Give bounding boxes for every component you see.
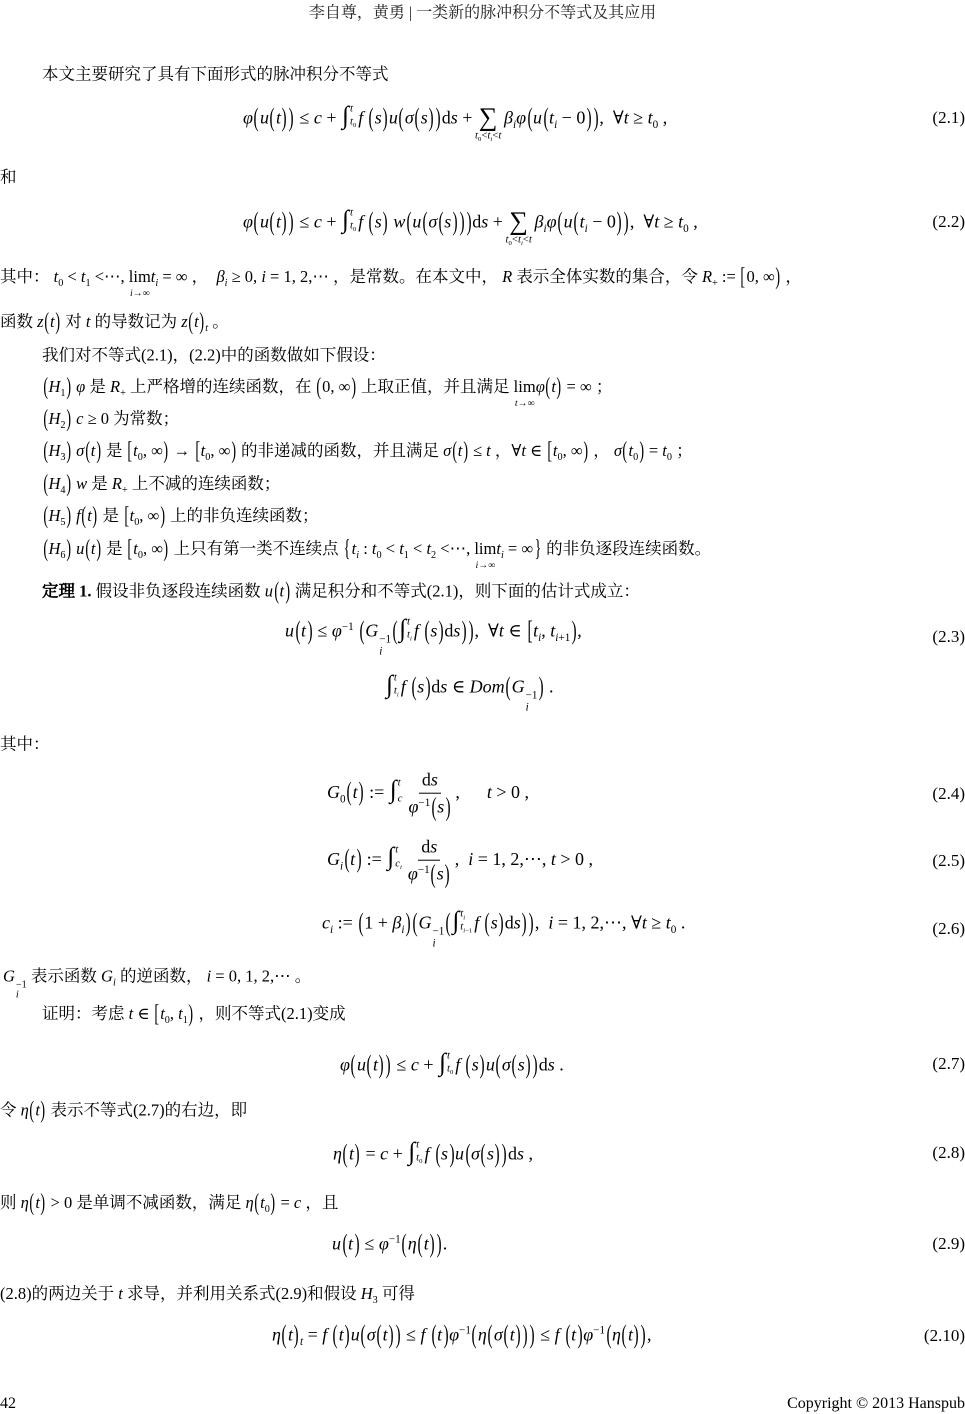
equation-number: (2.1) [932,106,965,130]
math-delimiter: ) [160,498,165,534]
math-delimiter: ( [424,612,429,651]
math-delimiter: { [344,531,351,567]
text-run: = [276,1193,294,1212]
subscript: 1 [183,1015,188,1026]
text-run [560,1325,565,1345]
math-variable: s [437,796,444,816]
equation-number: (2.2) [932,210,965,234]
math-variable: u [265,582,273,601]
math-variable: R [112,474,122,493]
math-delimiter: [ [155,996,160,1032]
math-variable: t [288,1325,293,1345]
text-run: (2.8)的两边关于 [0,1284,118,1303]
math-variable: t [194,312,199,331]
text-run: 上取正值，并且满足 [357,377,514,396]
integral-sign: ∫ [386,672,393,700]
text-run: . [443,1234,448,1254]
text-run: : [359,539,372,558]
text-run: ∈ [133,1004,153,1023]
sub-superscript: −1i [526,691,538,714]
text-run: −1 [526,690,538,702]
text-run: − 0 [557,108,585,128]
math-variable: s [441,1144,448,1164]
text-run: −1 [459,1325,471,1337]
math-variable: φ [243,212,253,232]
math-variable: s [453,621,460,641]
text-run: ，∀ [491,441,522,460]
proof-start: 证明：考虑 t ∈ [t0, t1) ，则不等式(2.1)变成 [42,1002,346,1028]
math-variable: i [526,702,529,714]
math-variable: i [397,692,399,699]
lower-limit: t0 [350,117,356,130]
derivative-notation-paragraph: 函数 z(t) 对 t 的导数记为 z(t)t 。 [0,310,229,336]
math-variable: s [518,1055,525,1075]
math-variable: t [350,207,353,219]
math-variable: σ [367,1325,376,1345]
text-run: 满足积分和不等式(2.1)，则下面的估计式成立： [291,582,640,601]
math-variable: t [339,1325,344,1345]
text-run: = ∞ ； [562,377,612,396]
math-variable: σ [443,441,451,460]
text-run: , ∞ [143,441,163,460]
math-delimiter: ( [359,612,364,651]
math-variable: G [101,966,113,985]
math-delimiter: ) [577,1315,582,1354]
subscript: 0 [633,452,638,463]
assumption-h3: (H3) σ(t) 是 [t0, ∞) → [t0, ∞) 的非递减的函数，并且… [42,439,693,465]
math-delimiter: ) [522,904,527,943]
text-run: = [645,441,663,460]
math-delimiter: ) [463,433,468,469]
text-run: →∞ [478,560,495,571]
subscript: 5 [60,517,65,528]
math-delimiter: ) [66,466,71,502]
math-variable: t [348,1234,353,1254]
math-delimiter: ( [466,1045,471,1084]
math-variable: i [400,864,402,871]
lower-limit: ti [407,630,412,643]
math-delimiter: ( [254,98,259,137]
math-delimiter: ( [317,369,322,405]
assumption-h6: (H6) u(t) 是 [t0, ∞) 上只有第一类不连续点 {ti : t0 … [42,537,711,563]
math-variable: s [437,863,444,883]
integral: ∫tt0 [408,1139,422,1167]
integral-sign: ∫ [387,844,394,872]
math-delimiter: ) [282,202,287,241]
text-run: d [508,1144,517,1164]
math-variable: β [504,108,513,128]
math-variable: t [398,777,401,789]
text-run: ； [672,441,693,460]
math-delimiter: ( [333,1315,338,1354]
text-run: 则 [0,1193,21,1212]
math-delimiter: ( [574,202,579,241]
math-variable: φ [408,863,418,883]
math-delimiter: ( [367,1045,372,1084]
math-delimiter: ) [438,612,443,651]
math-variable: σ [471,1144,480,1164]
math-delimiter: ( [481,1134,486,1173]
integral: ∫tt0 [439,1050,453,1078]
denominator: φ−1(s) [406,860,453,886]
equation-body: Gi(t) := ∫tcidsφ−1(s), i = 1, 2,⋯, t > 0… [327,836,593,887]
lower-limit: ci [395,859,402,872]
math-delimiter: [ [128,433,133,469]
integral: ∫tt0 [342,103,356,131]
math-variable: φ [379,1234,389,1254]
text-run: ∈ [447,677,469,697]
math-delimiter: ) [345,1315,350,1354]
text-run: , ∀ [474,621,498,641]
math-variable: t [551,377,556,396]
text-run: ≤ [469,441,486,460]
math-delimiter: ) [271,1185,276,1221]
text-run: > 0 , [492,782,529,802]
math-variable: t [373,1055,378,1075]
math-variable: s [444,212,451,232]
math-delimiter: ( [431,854,436,892]
text-run: := [718,267,740,286]
math-variable: u [357,1055,366,1075]
text-run: −1 [418,863,430,875]
limit-index: i→∞ [130,289,150,299]
text-run: ∈ [504,621,526,641]
text-run: 上只有第一类不连续点 [169,539,342,558]
math-variable: σ [502,1055,511,1075]
text-run: + [458,108,477,128]
text-run [327,1325,332,1345]
text-run: ≤ [295,212,314,232]
math-variable: G [327,782,340,802]
integral-limits: tt0 [447,1050,453,1078]
math-variable: H [361,1284,373,1303]
sum-sign: ∑ [479,105,498,131]
equation-body: φ(u(t)) ≤ c + ∫tt0f (s)u(σ(s))ds + ∑t0<t… [243,103,667,134]
text-run: , [689,212,698,232]
math-variable: η [21,1193,29,1212]
math-delimiter: ( [504,1315,509,1354]
math-variable: f [76,506,81,525]
math-variable: t [407,616,410,628]
text-run: 0 [633,452,638,463]
assumptions-intro: 我们对不等式(2.1)，(2.2)中的函数做如下假设： [42,344,386,369]
math-delimiter: [ [124,498,129,534]
math-delimiter: ( [369,202,374,241]
subscript: 0 [353,123,356,130]
math-variable: s [487,1144,494,1164]
superscript: −1 [593,1325,605,1337]
running-header: 李自尊，黄勇 | 一类新的脉冲积分不等式及其应用 [0,0,965,23]
integral-sign: ∫ [452,908,459,936]
math-variable: t [498,130,501,142]
sum-sign: ∑ [509,209,528,235]
math-variable: η [408,1234,417,1254]
math-variable: t [35,1101,40,1120]
math-delimiter: ( [412,904,417,943]
math-delimiter: ) [66,433,71,469]
text-run: +1 [558,632,570,644]
math-variable: φ [332,621,342,641]
text-run: > 0 是单调不减函数，满足 [46,1193,245,1212]
math-delimiter: ( [546,369,551,405]
text-run [479,913,484,933]
integral-sign: ∫ [399,616,406,644]
summation: ∑t0<ti<t [479,103,498,132]
text-run: < [63,267,81,286]
subscript: 1 [60,388,65,399]
text-run: ≤ [392,1055,411,1075]
math-variable: σ [428,212,437,232]
text-run: + [419,1055,438,1075]
math-delimiter: ) [66,369,71,405]
math-delimiter: ) [351,369,356,405]
math-delimiter: ( [189,304,194,340]
text-run: := [365,782,389,802]
text-run: 2 [60,420,65,431]
math-delimiter: ) [56,304,61,340]
text-run: d [431,677,440,697]
text-run: <⋯, [91,267,129,286]
text-run: ≤ [295,108,314,128]
math-delimiter: ( [558,202,563,241]
math-variable: u [564,212,573,232]
text-run: 6 [60,550,65,561]
subscript: 0 [419,1159,422,1166]
math-variable: t [301,621,306,641]
math-variable: t [87,506,92,525]
text-run: 4 [60,485,65,496]
text-run: = 0, 1, 2,⋯ 。 [211,966,311,985]
equation-body: G0(t) := ∫tcdsφ−1(s), t > 0 , [327,769,529,820]
text-run: := [333,913,357,933]
text-run: d [442,108,451,128]
math-delimiter: ( [418,1224,423,1263]
math-variable: t [458,441,463,460]
math-variable: β [216,267,224,286]
text-run: < [382,539,400,558]
math-delimiter: ) [443,1315,448,1354]
math-delimiter: ) [429,98,434,137]
math-variable: H [49,409,61,428]
subscript: i [400,864,402,871]
math-delimiter: ( [435,1134,440,1173]
fraction: dsφ−1(s) [406,769,453,820]
math-variable: s [491,913,498,933]
math-delimiter: ( [411,668,416,707]
assumption-h2: (H2) c ≥ 0 为常数； [42,407,179,433]
sub-superscript: −1i [16,980,27,1001]
sub-superscript: −1i [379,635,391,658]
math-delimiter: ) [164,531,169,567]
subscript: 2 [60,420,65,431]
text-run: ≤ [536,1325,555,1345]
lim-word: lim [514,377,536,396]
math-variable: Dom [470,677,505,697]
text-run: ， [589,441,614,460]
math-variable: t [353,782,358,802]
text-run: ，则不等式(2.1)变成 [194,1004,345,1023]
text-run: ≤ [402,1325,421,1345]
math-variable: φ [583,1325,593,1345]
lower-limit: t0 [350,221,356,234]
integral-sign: ∫ [390,777,397,805]
equation-number: (2.10) [924,1324,965,1348]
math-delimiter: ( [452,433,457,469]
text-run: , ∞ [143,539,163,558]
math-delimiter: ) [593,98,598,137]
math-variable: t [349,1144,354,1164]
math-delimiter: ) [405,904,410,943]
math-variable: t [280,582,285,601]
math-variable: t [416,1139,419,1151]
equation-body: η(t) = c + ∫tt0f (s)u(σ(s))ds , [333,1139,533,1168]
text-run: 对 [61,312,86,331]
text-run: , ∞ [563,441,583,460]
equation-body: φ(u(t)) ≤ c + ∫tt0f (s) w(u(σ(s)))ds + ∑… [243,207,698,238]
math-variable: H [49,474,61,493]
text-run: = 1, 2,⋯, ∀ [553,913,642,933]
math-delimiter: ( [369,98,374,137]
math-variable: u [533,108,542,128]
text-run: 0 [353,123,356,130]
text-run [426,1325,431,1345]
math-delimiter: ( [85,433,90,469]
math-delimiter: ) [516,1315,521,1354]
text-run: + [388,1144,407,1164]
math-delimiter: ( [30,1185,35,1221]
math-delimiter: ) [445,854,450,892]
lower-limit: t0 [447,1064,453,1077]
text-run: . [555,1055,564,1075]
math-variable: σ [76,441,84,460]
math-delimiter: ) [282,98,287,137]
math-variable: R [502,267,512,286]
page-number: 42 [0,1395,16,1413]
text-run: ≥ 0 为常数； [83,409,179,428]
superscript: −1 [342,621,354,633]
math-variable: t [529,234,532,246]
math-variable: s [431,770,438,790]
math-variable: t [276,212,281,232]
derivation-note: (2.8)的两边关于 t 求导，并利用关系式(2.9)和假设 H3 可得 [0,1282,415,1308]
math-variable: i [340,860,343,872]
math-variable: t [437,1325,442,1345]
text-run: −1 [465,928,472,935]
text-run: 表示不等式(2.7)的右边，即 [46,1101,247,1120]
subscript: i [340,860,343,872]
math-delimiter: ( [465,1134,470,1173]
math-variable: w [393,212,405,232]
math-delimiter: ) [66,531,71,567]
math-delimiter: ) [459,202,464,241]
text-run: = ∞ [504,539,533,558]
text-run: 0 [340,793,346,805]
math-variable: t [510,1325,515,1345]
math-delimiter: ) [468,612,473,651]
text-run: , [647,1325,652,1345]
math-delimiter: ( [543,98,548,137]
superscript: −1 [418,863,430,875]
math-variable: c [322,913,330,933]
math-delimiter: ( [358,904,363,943]
text-run: 5 [60,517,65,528]
math-delimiter: ( [85,531,90,567]
math-delimiter: ( [472,1315,477,1354]
integral-limits: tt0 [416,1139,422,1167]
text-run: −1 [379,634,391,646]
math-variable: φ [449,1325,459,1345]
integral-sign: ∫ [342,103,349,131]
math-delimiter: [ [741,259,746,295]
text-run: ≥ [659,212,678,232]
text-run: 上不减的连续函数； [128,474,281,493]
integral-sign: ∫ [439,1050,446,1078]
subscript: 0 [340,793,346,805]
math-delimiter: ) [526,1045,531,1084]
assumption-h5: (H5) f(t) 是 [t0, ∞) 上的非负连续函数； [42,504,318,530]
math-delimiter: ( [30,1093,35,1129]
math-delimiter: ) [445,787,450,825]
subscript: i [401,924,404,936]
math-delimiter: ) [96,433,101,469]
math-delimiter: ) [430,1224,435,1263]
math-delimiter: ) [586,98,591,137]
math-variable: η [333,1144,342,1164]
text-run [363,108,368,128]
text-run: 的非负逐段连续函数。 [542,539,711,558]
text-run: 表示全体实数的集合，令 [512,267,702,286]
integral-sign: ∫ [342,207,349,235]
math-variable: φ [516,108,526,128]
math-variable: G [3,966,15,985]
lim-word: lim [129,267,151,286]
math-delimiter: ) [231,433,236,469]
sum-index: t0<ti<t [506,235,532,248]
text-run: 3 [60,452,65,463]
math-delimiter: ) [389,1315,394,1354]
text-run: →∞ [518,398,535,409]
math-variable: s [430,837,437,857]
math-delimiter: ) [66,401,71,437]
math-variable: c [398,793,403,805]
math-delimiter: ( [512,1045,517,1084]
math-delimiter: ) [502,1134,507,1173]
math-variable: i [463,914,465,921]
text-run: . [545,677,554,697]
math-delimiter: ) [356,840,361,879]
math-delimiter: ( [43,466,48,502]
text-run: = [303,1325,322,1345]
lim-word: lim [474,539,496,558]
upper-limit: ti [460,909,472,922]
text-run: , [577,621,582,641]
math-variable: t [91,539,96,558]
math-delimiter: ( [606,1315,611,1354]
text-run: 0 [353,227,356,234]
integral-limits: tci [395,844,402,872]
text-run: = 1, 2,⋯ ，是常数。在本文中， [266,267,502,286]
math-variable: c [411,1055,419,1075]
math-delimiter: ) [189,996,194,1032]
text-run: 是 [102,441,127,460]
limit: limi→∞ [474,537,496,562]
subscript: i [410,636,412,643]
text-run [460,1055,465,1075]
math-delimiter: [ [527,612,532,651]
text-run: 0, ∞ [746,267,774,286]
subscript: i [463,914,465,921]
text-run: −1 [593,1325,605,1337]
